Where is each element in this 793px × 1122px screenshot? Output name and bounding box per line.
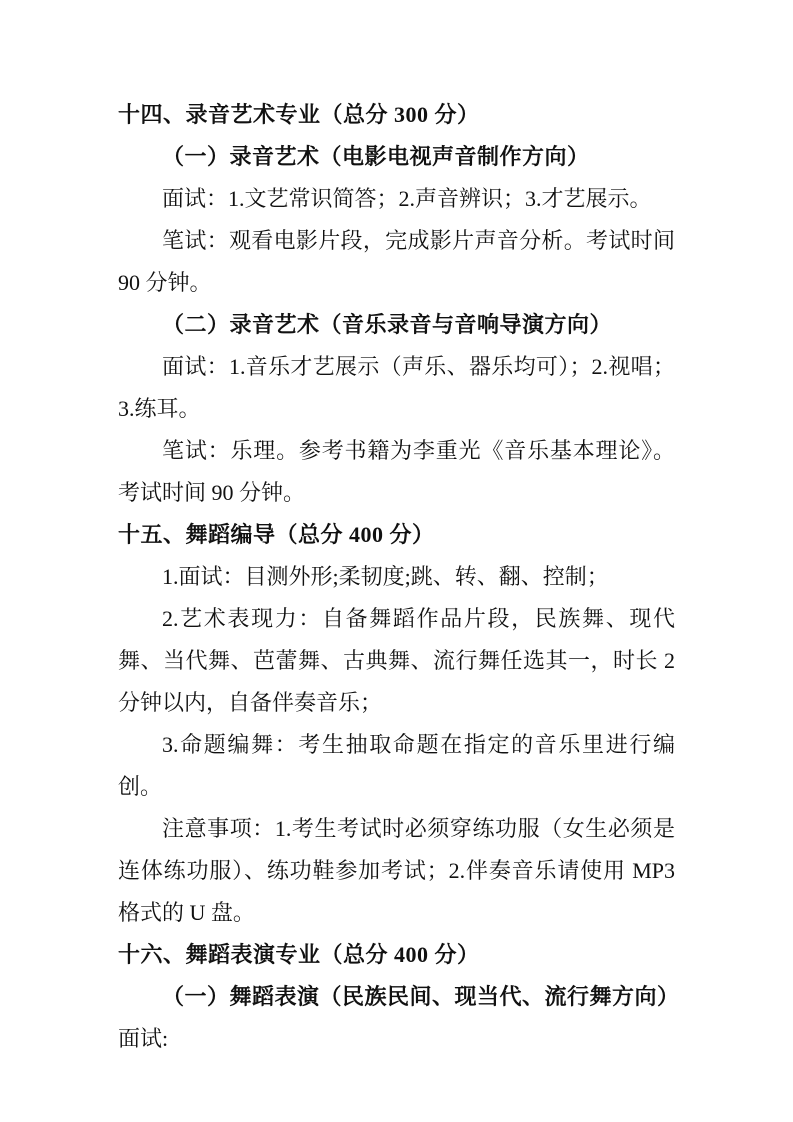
paragraph: 2.艺术表现力：自备舞蹈作品片段，民族舞、现代舞、当代舞、芭蕾舞、古典舞、流行舞… — [118, 598, 675, 724]
paragraph: 面试: — [118, 1018, 675, 1060]
paragraph: 1.面试：目测外形;柔韧度;跳、转、翻、控制； — [118, 556, 675, 598]
paragraph: 面试：1.音乐才艺展示（声乐、器乐均可）；2.视唱；3.练耳。 — [118, 346, 675, 430]
paragraph: 面试：1.文艺常识简答；2.声音辨识；3.才艺展示。 — [118, 178, 675, 220]
paragraph: 注意事项：1.考生考试时必须穿练功服（女生必须是连体练功服）、练功鞋参加考试；2… — [118, 808, 675, 934]
subsection-heading: （一）录音艺术（电影电视声音制作方向） — [118, 136, 675, 178]
paragraph: 3.命题编舞：考生抽取命题在指定的音乐里进行编创。 — [118, 724, 675, 808]
section-heading: 十六、舞蹈表演专业（总分 400 分） — [118, 934, 675, 976]
subsection-heading: （二）录音艺术（音乐录音与音响导演方向） — [118, 304, 675, 346]
subsection-heading: （一）舞蹈表演（民族民间、现当代、流行舞方向） — [118, 976, 675, 1018]
section-heading: 十五、舞蹈编导（总分 400 分） — [118, 514, 675, 556]
paragraph: 笔试：乐理。参考书籍为李重光《音乐基本理论》。考试时间 90 分钟。 — [118, 430, 675, 514]
paragraph: 笔试：观看电影片段，完成影片声音分析。考试时间 90 分钟。 — [118, 220, 675, 304]
document-body: 十四、录音艺术专业（总分 300 分）（一）录音艺术（电影电视声音制作方向）面试… — [118, 94, 675, 1060]
section-heading: 十四、录音艺术专业（总分 300 分） — [118, 94, 675, 136]
document-page: 十四、录音艺术专业（总分 300 分）（一）录音艺术（电影电视声音制作方向）面试… — [0, 0, 793, 1122]
